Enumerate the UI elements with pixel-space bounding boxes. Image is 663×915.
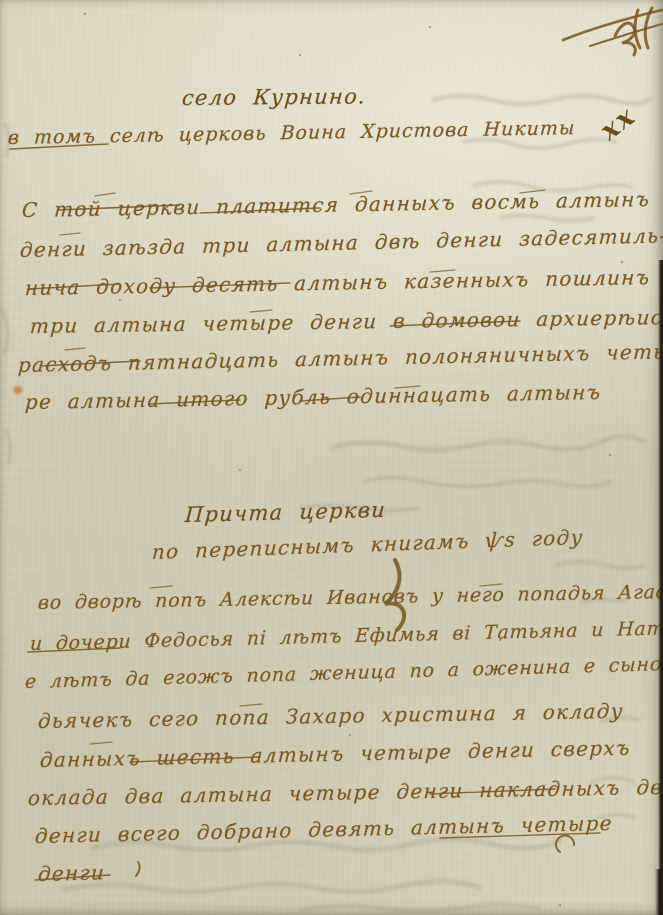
manuscript-line: и дочери Федосья пі лѣтъ Ефимья ві Татья… [29, 616, 663, 655]
scan-edge [658, 260, 663, 915]
manuscript-line: денги всего добрано девять алтынъ четыре [34, 811, 613, 848]
manuscript-line: оклада два алтына четыре денги накладных… [27, 775, 663, 810]
manuscript-line: С той церкви платится данныхъ восмь алты… [21, 186, 663, 222]
section1-heading: село Курнино. [181, 84, 367, 110]
manuscript-line: денги заѣзда три алтына двѣ денги задеся… [19, 223, 663, 262]
comma-mark [136, 862, 140, 876]
scan-edge-corner [655, 869, 663, 915]
manuscript-line: денги [37, 860, 105, 886]
section2-heading: Причта церкви [184, 498, 387, 527]
section1-subheading: в томъ селѣ церковь Воина Христова Никит… [7, 117, 576, 149]
manuscript-page: хх село Курнино. в томъ селѣ церковь Вои… [0, 0, 663, 915]
manuscript-line: нича доходу десять алтынъ казенныхъ пошл… [24, 265, 651, 300]
folio-mark: хх [594, 100, 642, 147]
manuscript-line: три алтына четыре денги в домовои архиер… [29, 305, 663, 338]
manuscript-line: данныхъ шесть алтынъ четыре денги сверхъ [39, 736, 631, 772]
manuscript-line: е лѣтъ да егожъ попа женица по а оженина… [25, 652, 663, 693]
manuscript-line: ре алтына итого рубль одиннацать алтынъ [24, 380, 602, 414]
manuscript-line: во дворѣ попъ Алексѣи Ивановъ у него поп… [37, 581, 663, 615]
paper-specks [84, 13, 624, 906]
manuscript-line: расходъ пятнадцать алтынъ полоняничныхъ … [17, 339, 663, 377]
ink-speck [14, 386, 23, 395]
folio-mark-crossed-icon [563, 8, 662, 55]
manuscript-line: дьячекъ сего попа Захаро христина я окла… [37, 699, 624, 733]
section2-subheading: по переписнымъ книгамъ ѱѕ году [151, 525, 584, 564]
